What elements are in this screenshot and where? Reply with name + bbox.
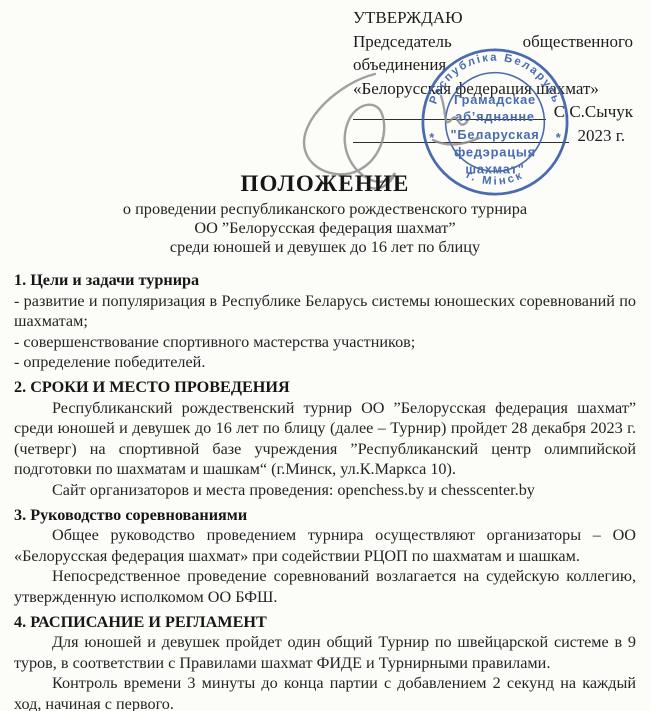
subtitle-line-1: о проведении республиканского рождествен… [0, 200, 650, 219]
signature-stroke-underline [433, 138, 479, 144]
section-heading: 4. РАСПИСАНИЕ И РЕГЛАМЕНТ [14, 612, 636, 633]
title-block: ПОЛОЖЕНИЕ о проведении республиканского … [0, 171, 650, 256]
paragraph: Сайт организаторов и места проведения: o… [14, 480, 636, 501]
section-management: 3. Руководство соревнованиями Общее руко… [14, 505, 636, 608]
paragraph: Непосредственное проведение соревнований… [14, 566, 636, 607]
paragraph: Для юношей и девушек пройдет один общий … [14, 632, 636, 673]
stamp-asterisk-right: * [556, 130, 561, 145]
document-body: 1. Цели и задачи турнира - развитие и по… [14, 270, 636, 711]
section-dates-venue: 2. СРОКИ И МЕСТО ПРОВЕДЕНИЯ Республиканс… [14, 377, 636, 501]
scanned-document-page: УТВЕРЖДАЮ Председатель общественного объ… [0, 0, 650, 711]
section-heading: 1. Цели и задачи турнира [14, 270, 636, 291]
doc-subtitle: о проведении республиканского рождествен… [0, 200, 650, 256]
doc-title: ПОЛОЖЕНИЕ [0, 171, 650, 196]
paragraph: - развитие и популяризация в Республике … [14, 291, 636, 332]
paragraph: Контроль времени 3 минуты до конца парти… [14, 673, 636, 711]
section-heading: 2. СРОКИ И МЕСТО ПРОВЕДЕНИЯ [14, 377, 636, 398]
approve-label: УТВЕРЖДАЮ [353, 6, 633, 30]
subtitle-line-2: ОО ”Белорусская федерация шахмат” [0, 219, 650, 238]
date-text: 2023 г. [577, 124, 633, 148]
signature-stroke-flourish [441, 96, 467, 125]
subtitle-line-3: среди юношей и девушек до 16 лет по блиц… [0, 238, 650, 257]
paragraph: Республиканский рождественский турнир ОО… [14, 398, 636, 480]
paragraph: Общее руководство проведением турнира ос… [14, 525, 636, 566]
paragraph: - совершенствование спортивного мастерст… [14, 332, 636, 353]
paragraph: - определение победителей. [14, 352, 636, 373]
section-heading: 3. Руководство соревнованиями [14, 505, 636, 526]
section-goals: 1. Цели и задачи турнира - развитие и по… [14, 270, 636, 373]
section-schedule: 4. РАСПИСАНИЕ И РЕГЛАМЕНТ Для юношей и д… [14, 612, 636, 711]
